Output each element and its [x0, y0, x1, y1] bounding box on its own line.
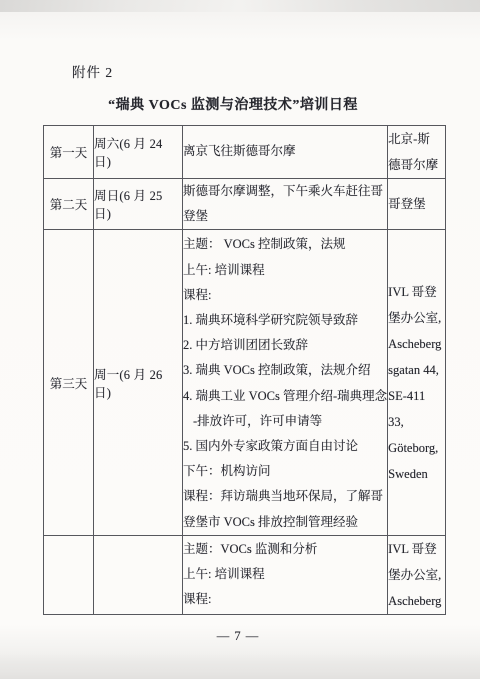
content-line: 斯德哥尔摩调整，下午乘火车赶往哥 [183, 179, 387, 204]
content-cell: 主题：VOCs 监测和分析上午: 培训课程课程: [183, 535, 388, 614]
schedule-table: 第一天周六(6 月 24 日)离京飞往斯德哥尔摩北京-斯德哥尔摩第二天周日(6 … [43, 125, 446, 615]
content-line: -排放许可，许可申请等 [183, 409, 387, 434]
page-title: “瑞典 VOCs 监测与治理技术”培训日程 [0, 94, 466, 114]
day-cell [44, 535, 94, 614]
date-cell [94, 535, 183, 614]
date-cell: 周日(6 月 25 日) [94, 179, 183, 230]
day-cell: 第三天 [44, 230, 94, 535]
content-cell: 主题： VOCs 控制政策，法规上午: 培训课程课程:1. 瑞典环境科学研究院领… [183, 230, 388, 535]
content-line: 5. 国内外专家政策方面自由讨论 [183, 434, 387, 459]
location-line: 北京-斯 [388, 126, 445, 152]
location-cell: IVL 哥登堡办公室,Ascheberg [388, 535, 446, 614]
location-line: IVL 哥登 [388, 279, 445, 305]
day-cell: 第二天 [44, 179, 94, 230]
attachment-label: 附件 2 [72, 61, 113, 81]
content-line: 课程: [183, 283, 387, 308]
content-line: 2. 中方培训团团长致辞 [183, 333, 387, 358]
content-line: 登堡 [183, 204, 387, 229]
day-cell: 第一天 [44, 126, 94, 179]
location-line: IVL 哥登 [388, 536, 445, 562]
content-line: 上午: 培训课程 [183, 562, 387, 587]
location-line: 哥登堡 [388, 191, 445, 217]
table-row: 第一天周六(6 月 24 日)离京飞往斯德哥尔摩北京-斯德哥尔摩 [44, 126, 446, 179]
content-line: 3. 瑞典 VOCs 控制政策，法规介绍 [183, 358, 387, 383]
document-page: 附件 2 “瑞典 VOCs 监测与治理技术”培训日程 第一天周六(6 月 24 … [0, 0, 480, 679]
content-line: 下午：机构访问 [183, 459, 387, 484]
location-line: Göteborg, [388, 435, 445, 461]
location-line: SE-411 [388, 383, 445, 409]
content-line: 主题：VOCs 监测和分析 [183, 537, 387, 562]
content-line: 主题： VOCs 控制政策，法规 [183, 232, 387, 257]
content-line: 上午: 培训课程 [183, 258, 387, 283]
table-row: 第二天周日(6 月 25 日)斯德哥尔摩调整，下午乘火车赶往哥登堡哥登堡 [44, 179, 446, 230]
content-cell: 斯德哥尔摩调整，下午乘火车赶往哥登堡 [183, 179, 388, 230]
scan-artifact-bottom [0, 653, 480, 679]
content-line: 课程: [183, 587, 387, 612]
location-line: 33, [388, 409, 445, 435]
table-row: 第三天周一(6 月 26 日)主题： VOCs 控制政策，法规上午: 培训课程课… [44, 230, 446, 535]
scan-artifact-top [0, 0, 480, 12]
date-cell: 周六(6 月 24 日) [94, 126, 183, 179]
page-number: — 7 — [0, 629, 476, 644]
date-cell: 周一(6 月 26 日) [94, 230, 183, 535]
location-cell: IVL 哥登堡办公室,Aschebergsgatan 44,SE-41133,G… [388, 230, 446, 535]
content-line: 离京飞往斯德哥尔摩 [183, 139, 387, 164]
location-line: 堡办公室, [388, 305, 445, 331]
content-line: 课程：拜访瑞典当地环保局，了解哥 [183, 484, 387, 509]
schedule-table-body: 第一天周六(6 月 24 日)离京飞往斯德哥尔摩北京-斯德哥尔摩第二天周日(6 … [44, 126, 446, 615]
content-line: 4. 瑞典工业 VOCs 管理介绍-瑞典理念 [183, 384, 387, 409]
table-row: 主题：VOCs 监测和分析上午: 培训课程课程:IVL 哥登堡办公室,Asche… [44, 535, 446, 614]
location-line: 德哥尔摩 [388, 152, 445, 178]
content-line: 登堡市 VOCs 排放控制管理经验 [183, 510, 387, 535]
location-line: sgatan 44, [388, 357, 445, 383]
location-line: Ascheberg [388, 331, 445, 357]
content-cell: 离京飞往斯德哥尔摩 [183, 126, 388, 179]
location-cell: 哥登堡 [388, 179, 446, 230]
location-line: 堡办公室, [388, 562, 445, 588]
location-cell: 北京-斯德哥尔摩 [388, 126, 446, 179]
location-line: Sweden [388, 461, 445, 487]
location-line: Ascheberg [388, 588, 445, 614]
content-line: 1. 瑞典环境科学研究院领导致辞 [183, 308, 387, 333]
